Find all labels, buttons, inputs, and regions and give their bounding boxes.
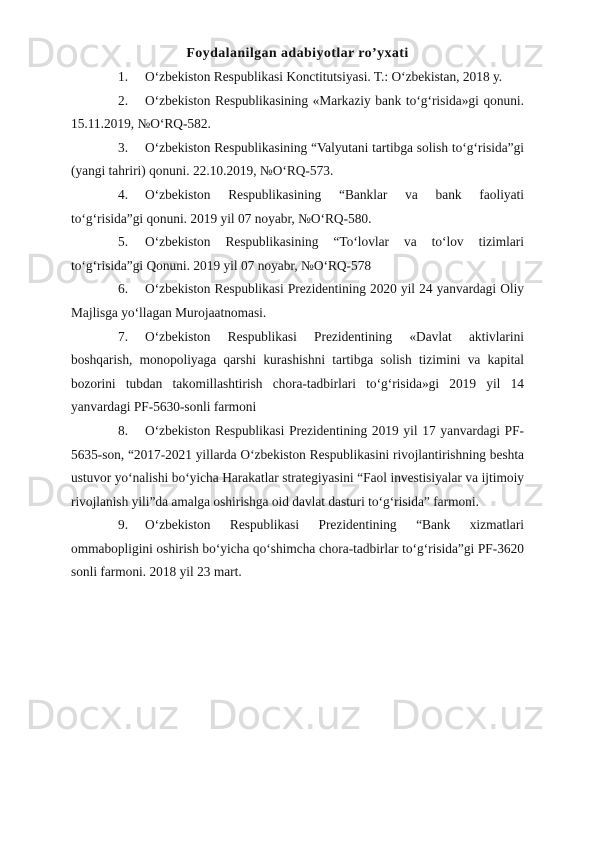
- reference-item: 9.O‘zbekiston Respublikasi Prezidentinin…: [71, 513, 524, 584]
- reference-number: 5.: [118, 230, 145, 254]
- reference-item: 8.O‘zbekiston Respublikasi Prezidentinin…: [71, 419, 524, 513]
- document-page: Docx.uz Docx.uz Docx.uz Docx.uz Docx.uz …: [0, 0, 595, 843]
- reference-item: 2.O‘zbekiston Respublikasining «Markaziy…: [71, 89, 524, 136]
- reference-item: 3.O‘zbekiston Respublikasining “Valyutan…: [71, 136, 524, 183]
- reference-text: O‘zbekiston Respublikasi Konctitutsiyasi…: [145, 69, 502, 84]
- reference-item: 4.O‘zbekiston Respublikasining “Banklar …: [71, 183, 524, 230]
- reference-number: 4.: [118, 183, 145, 207]
- reference-item: 6.O‘zbekiston Respublikasi Prezidentinin…: [71, 277, 524, 324]
- reference-item: 5.O‘zbekiston Respublikasining “To‘lovla…: [71, 230, 524, 277]
- watermark: Docx.uz: [25, 696, 178, 736]
- reference-number: 1.: [118, 65, 145, 89]
- references-section: Foydalanilgan adabiyotlar ro’yxati 1.O‘z…: [71, 42, 524, 584]
- reference-item: 1.O‘zbekiston Respublikasi Konctitutsiya…: [71, 65, 524, 89]
- watermark: Docx.uz: [390, 696, 543, 736]
- reference-number: 7.: [118, 325, 145, 349]
- reference-number: 3.: [118, 136, 145, 160]
- page-title: Foydalanilgan adabiyotlar ro’yxati: [71, 42, 524, 65]
- watermark: Docx.uz: [207, 696, 360, 736]
- reference-number: 9.: [118, 513, 145, 537]
- reference-number: 6.: [118, 277, 145, 301]
- reference-number: 8.: [118, 419, 145, 443]
- reference-item: 7.O‘zbekiston Respublikasi Prezidentinin…: [71, 325, 524, 419]
- reference-number: 2.: [118, 89, 145, 113]
- watermark-row: Docx.uz Docx.uz Docx.uz: [0, 696, 595, 736]
